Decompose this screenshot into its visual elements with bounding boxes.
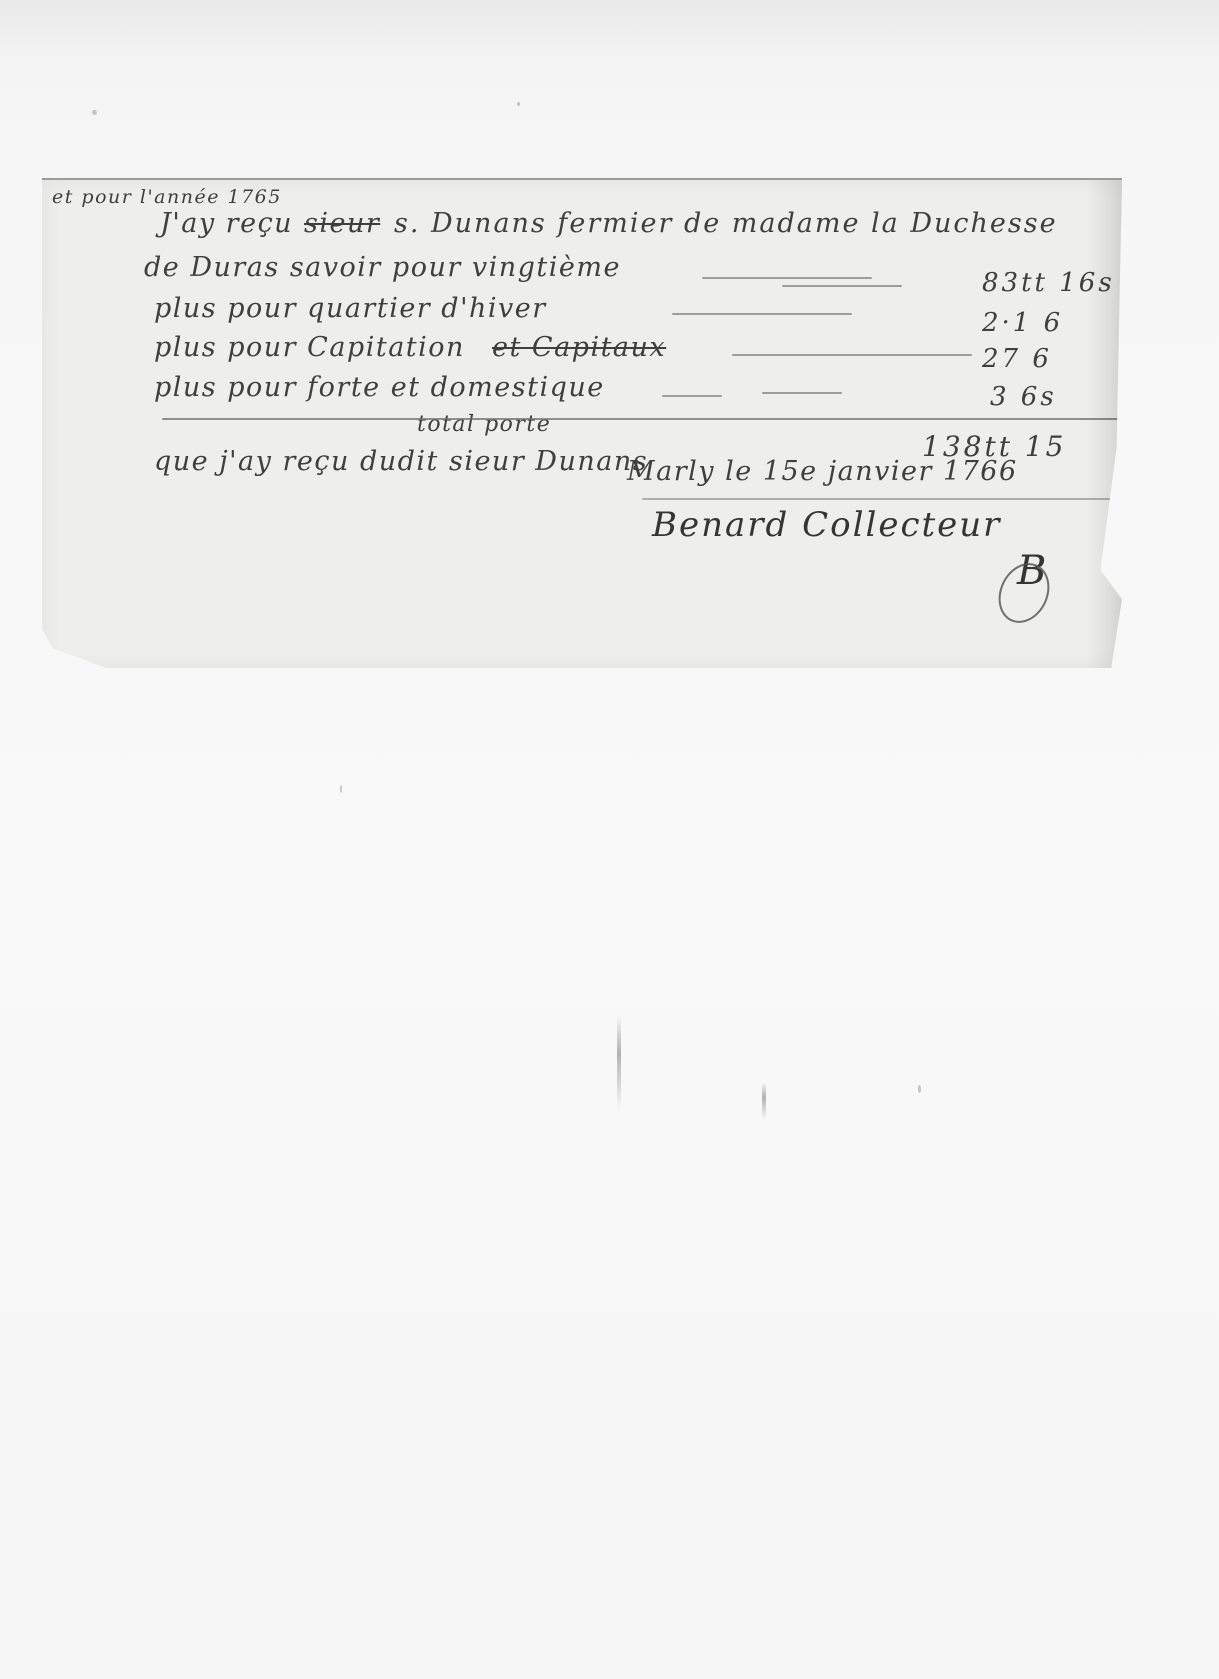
fill-dash	[782, 285, 902, 287]
scan-speck	[918, 1085, 921, 1093]
scan-streak	[762, 1082, 766, 1120]
fill-dash	[762, 392, 842, 394]
total-label: total porte	[417, 412, 551, 437]
date-underline	[642, 498, 1122, 500]
collector-signature: Benard Collecteur	[652, 505, 1001, 545]
total-rule	[162, 418, 1122, 420]
margin-note-year: et pour l'année 1765	[52, 186, 282, 208]
fill-dash	[732, 354, 972, 356]
total-amount: 138tt 15	[922, 430, 1066, 463]
amount-vingtieme: 83tt 16s	[982, 268, 1115, 298]
scan-speck	[340, 785, 342, 793]
scan-streak	[617, 1015, 621, 1110]
receipt-line-2: de Duras savoir pour vingtième	[144, 252, 621, 283]
scan-speck	[517, 102, 520, 106]
amount-forte-domestique: 3 6s	[990, 382, 1057, 412]
amount-capitation: 27 6	[982, 344, 1052, 374]
fill-dash	[662, 395, 722, 397]
receipt-line-1b: s. Dunans fermier de madame la Duchesse	[394, 208, 1058, 239]
receipt-line-1a: J'ay reçu	[160, 208, 293, 239]
receipt-line-3: plus pour quartier d'hiver	[154, 293, 547, 324]
receipt-line-5: plus pour forte et domestique	[154, 372, 605, 403]
receipt-line-1-struck-word: sieur	[304, 208, 380, 239]
receipt-line-4a: plus pour Capitation	[154, 332, 465, 363]
amount-quartier-hiver: 2·1 6	[982, 308, 1063, 338]
receipt-paper-slip: et pour l'année 1765 J'ay reçu sieur s. …	[42, 178, 1122, 668]
fill-dash	[672, 313, 852, 315]
receipt-closing-line: que j'ay reçu dudit sieur Dunans	[154, 446, 648, 477]
fill-dash	[702, 277, 872, 279]
receipt-line-4-struck-words: et Capitaux	[492, 332, 666, 363]
scan-speck	[92, 110, 97, 115]
